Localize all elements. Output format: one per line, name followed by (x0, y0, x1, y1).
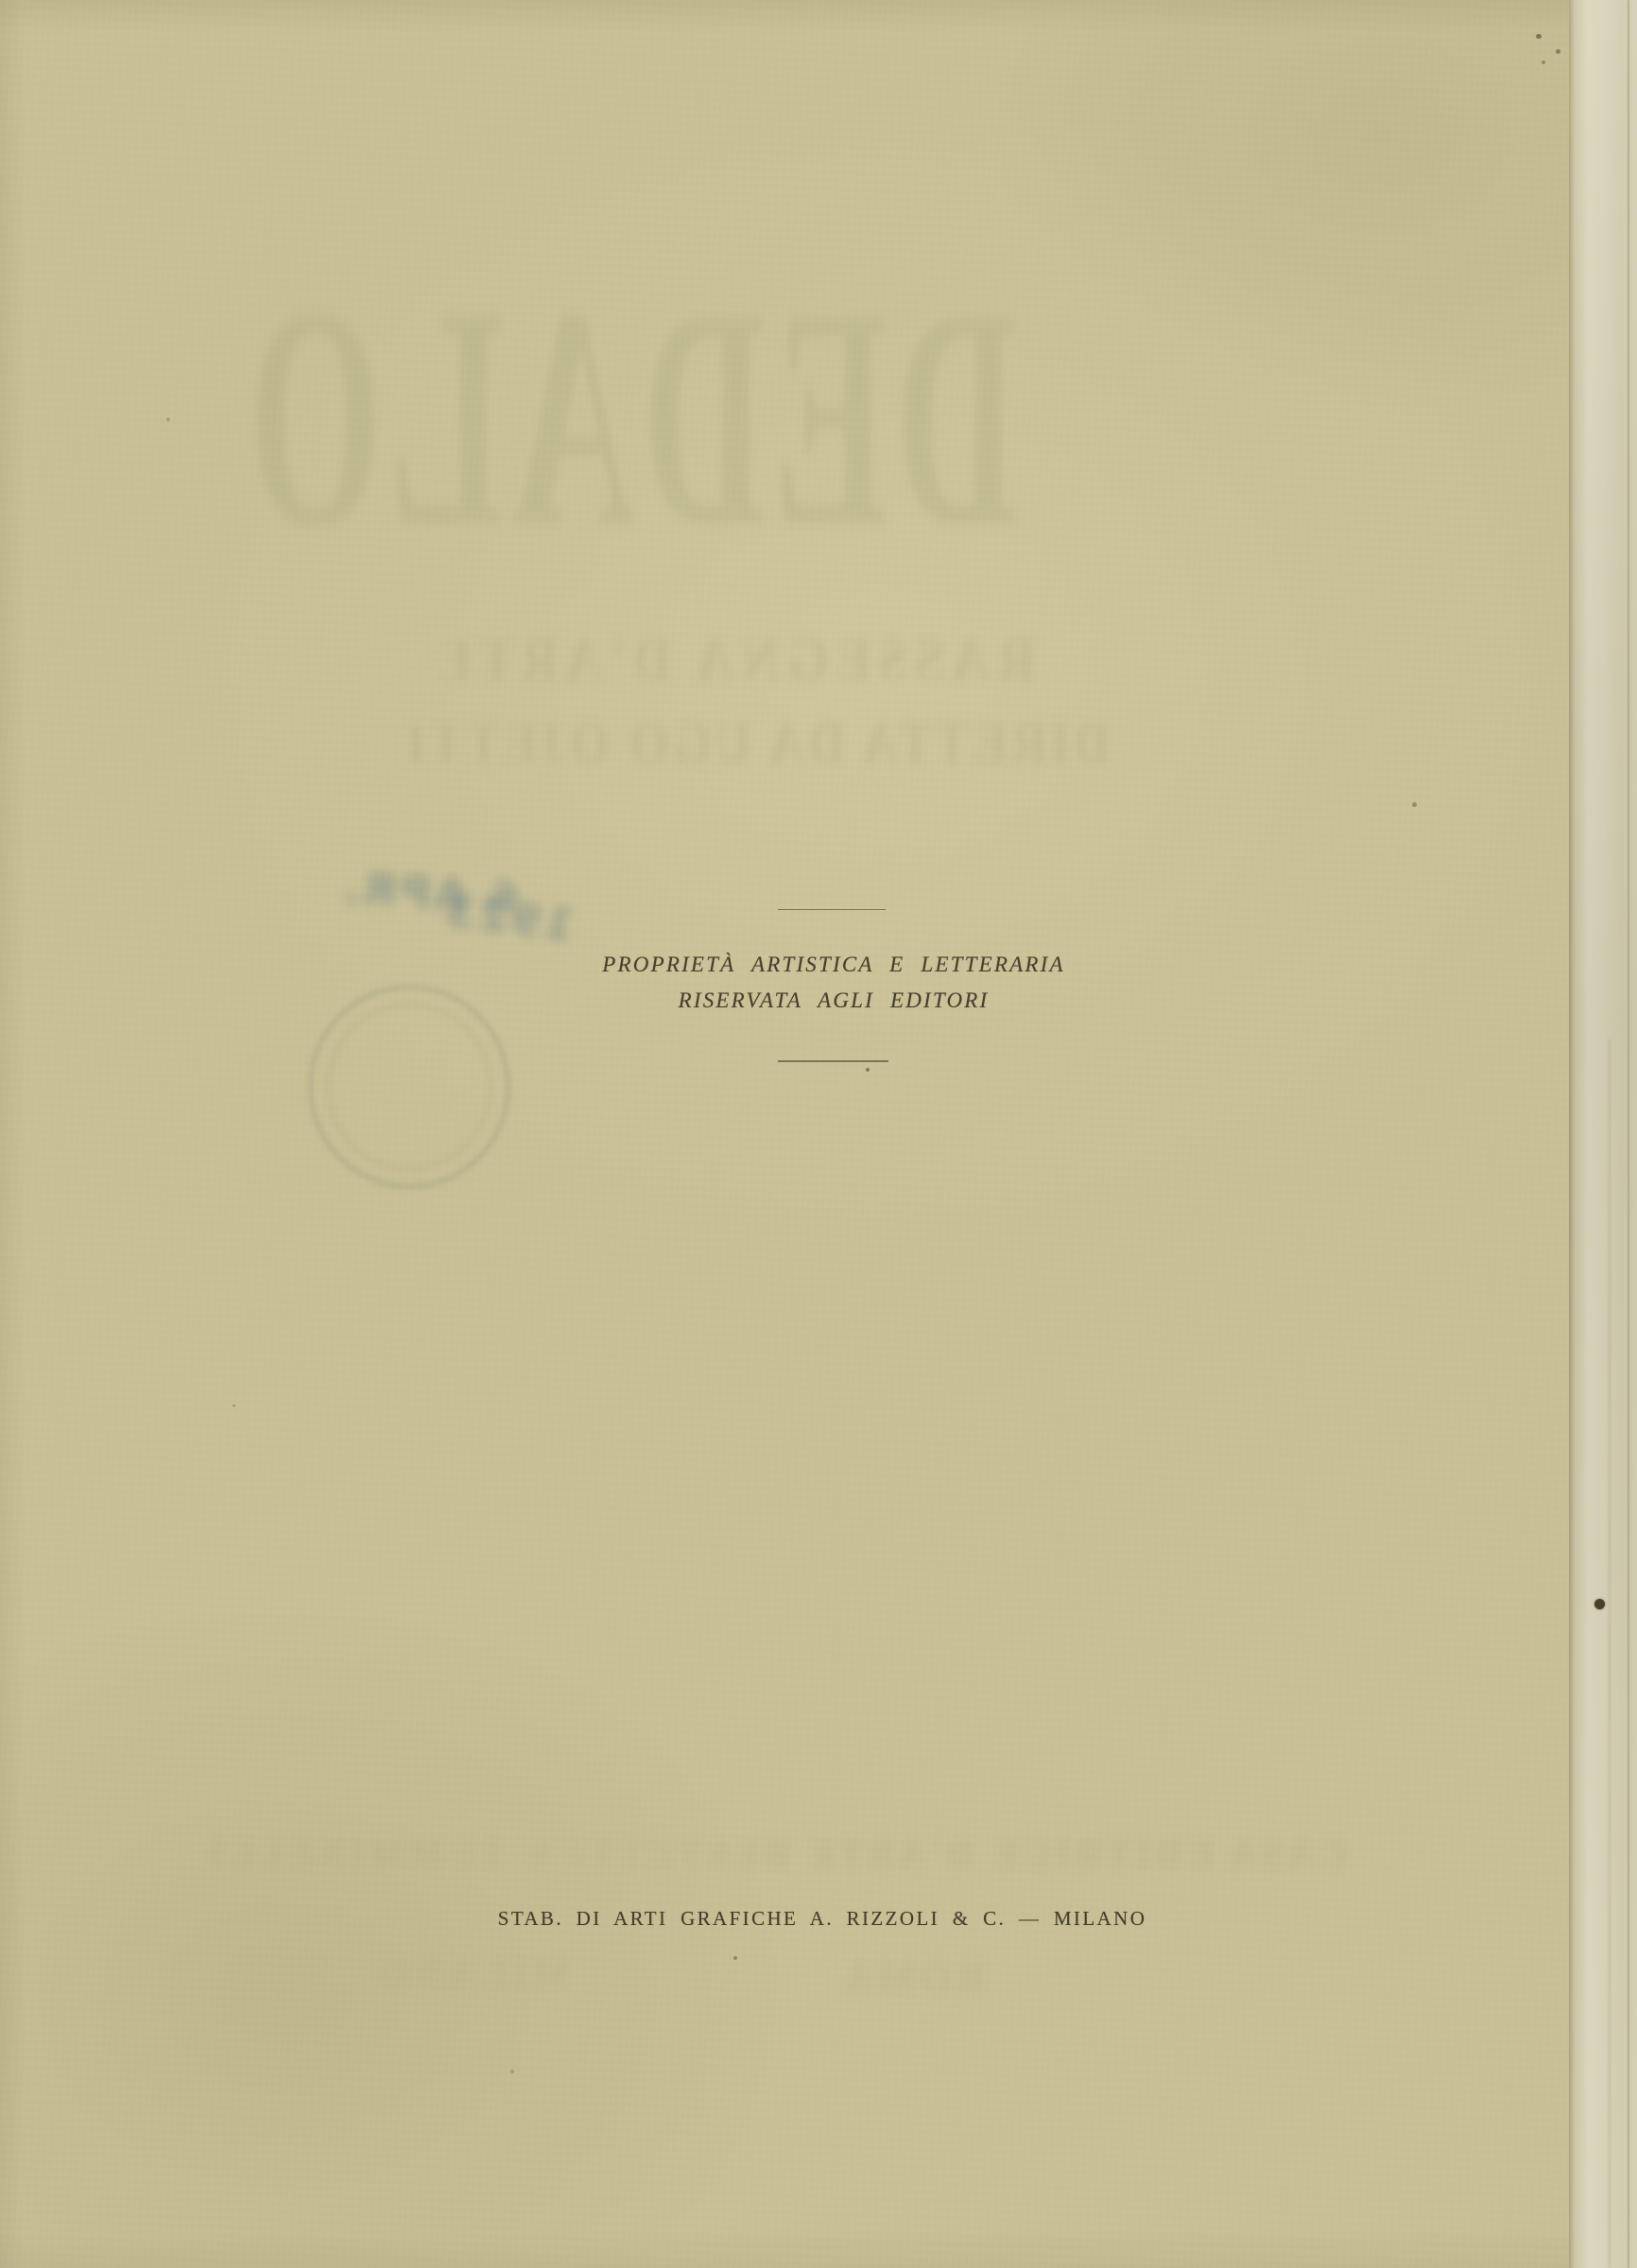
copyright-notice-line-1: PROPRIETÀ ARTISTICA E LETTERARIA (503, 953, 1164, 977)
showthrough-title-dedalo: DEDALO (241, 263, 1021, 575)
paper-speck (1536, 34, 1542, 39)
paper-surface: DEDALO RASSEGNA D'ARTE DIRETTA DA UGO OJ… (0, 0, 1569, 2268)
fore-edge-inner-line (1628, 0, 1629, 2268)
showthrough-publisher-line: CASA EDITRICE D'ARTE BESTETTI E TUMMINEL… (180, 1835, 1370, 1875)
showthrough-place-right: ROMA (742, 1956, 1082, 2000)
showthrough-subtitle-2: DIRETTA DA UGO OJETTI (315, 714, 1198, 773)
showthrough-subtitle-1: RASSEGNA D'ARTE (331, 629, 1134, 692)
divider-rule-top (778, 909, 886, 910)
scanned-page: DEDALO RASSEGNA D'ARTE DIRETTA DA UGO OJ… (0, 0, 1637, 2268)
copyright-notice-line-2: RISERVATA AGLI EDITORI (503, 988, 1164, 1013)
paper-speck (510, 2070, 514, 2073)
paper-speck (1556, 49, 1560, 54)
paper-speck (866, 1068, 870, 1072)
book-fore-edge-strip (1569, 0, 1637, 2268)
fore-edge-crease (1609, 1039, 1611, 2268)
printer-imprint: STAB. DI ARTI GRAFICHE A. RIZZOLI & C. —… (491, 1907, 1153, 1931)
circular-stamp-inner-ring (327, 1004, 491, 1170)
paper-speck (233, 1404, 235, 1407)
date-stamp-showthrough-fragment-2: 1923 (439, 885, 577, 952)
showthrough-place-left: MILANO (302, 1952, 643, 1996)
date-stamp-showthrough-fragment-1: 6 APR. (338, 861, 520, 924)
paper-speck (166, 418, 170, 421)
paper-speck (1412, 802, 1417, 807)
paper-speck (733, 1956, 737, 1960)
circular-stamp-showthrough (309, 986, 509, 1188)
paper-speck (1542, 60, 1545, 64)
divider-rule-bottom (778, 1060, 888, 1062)
